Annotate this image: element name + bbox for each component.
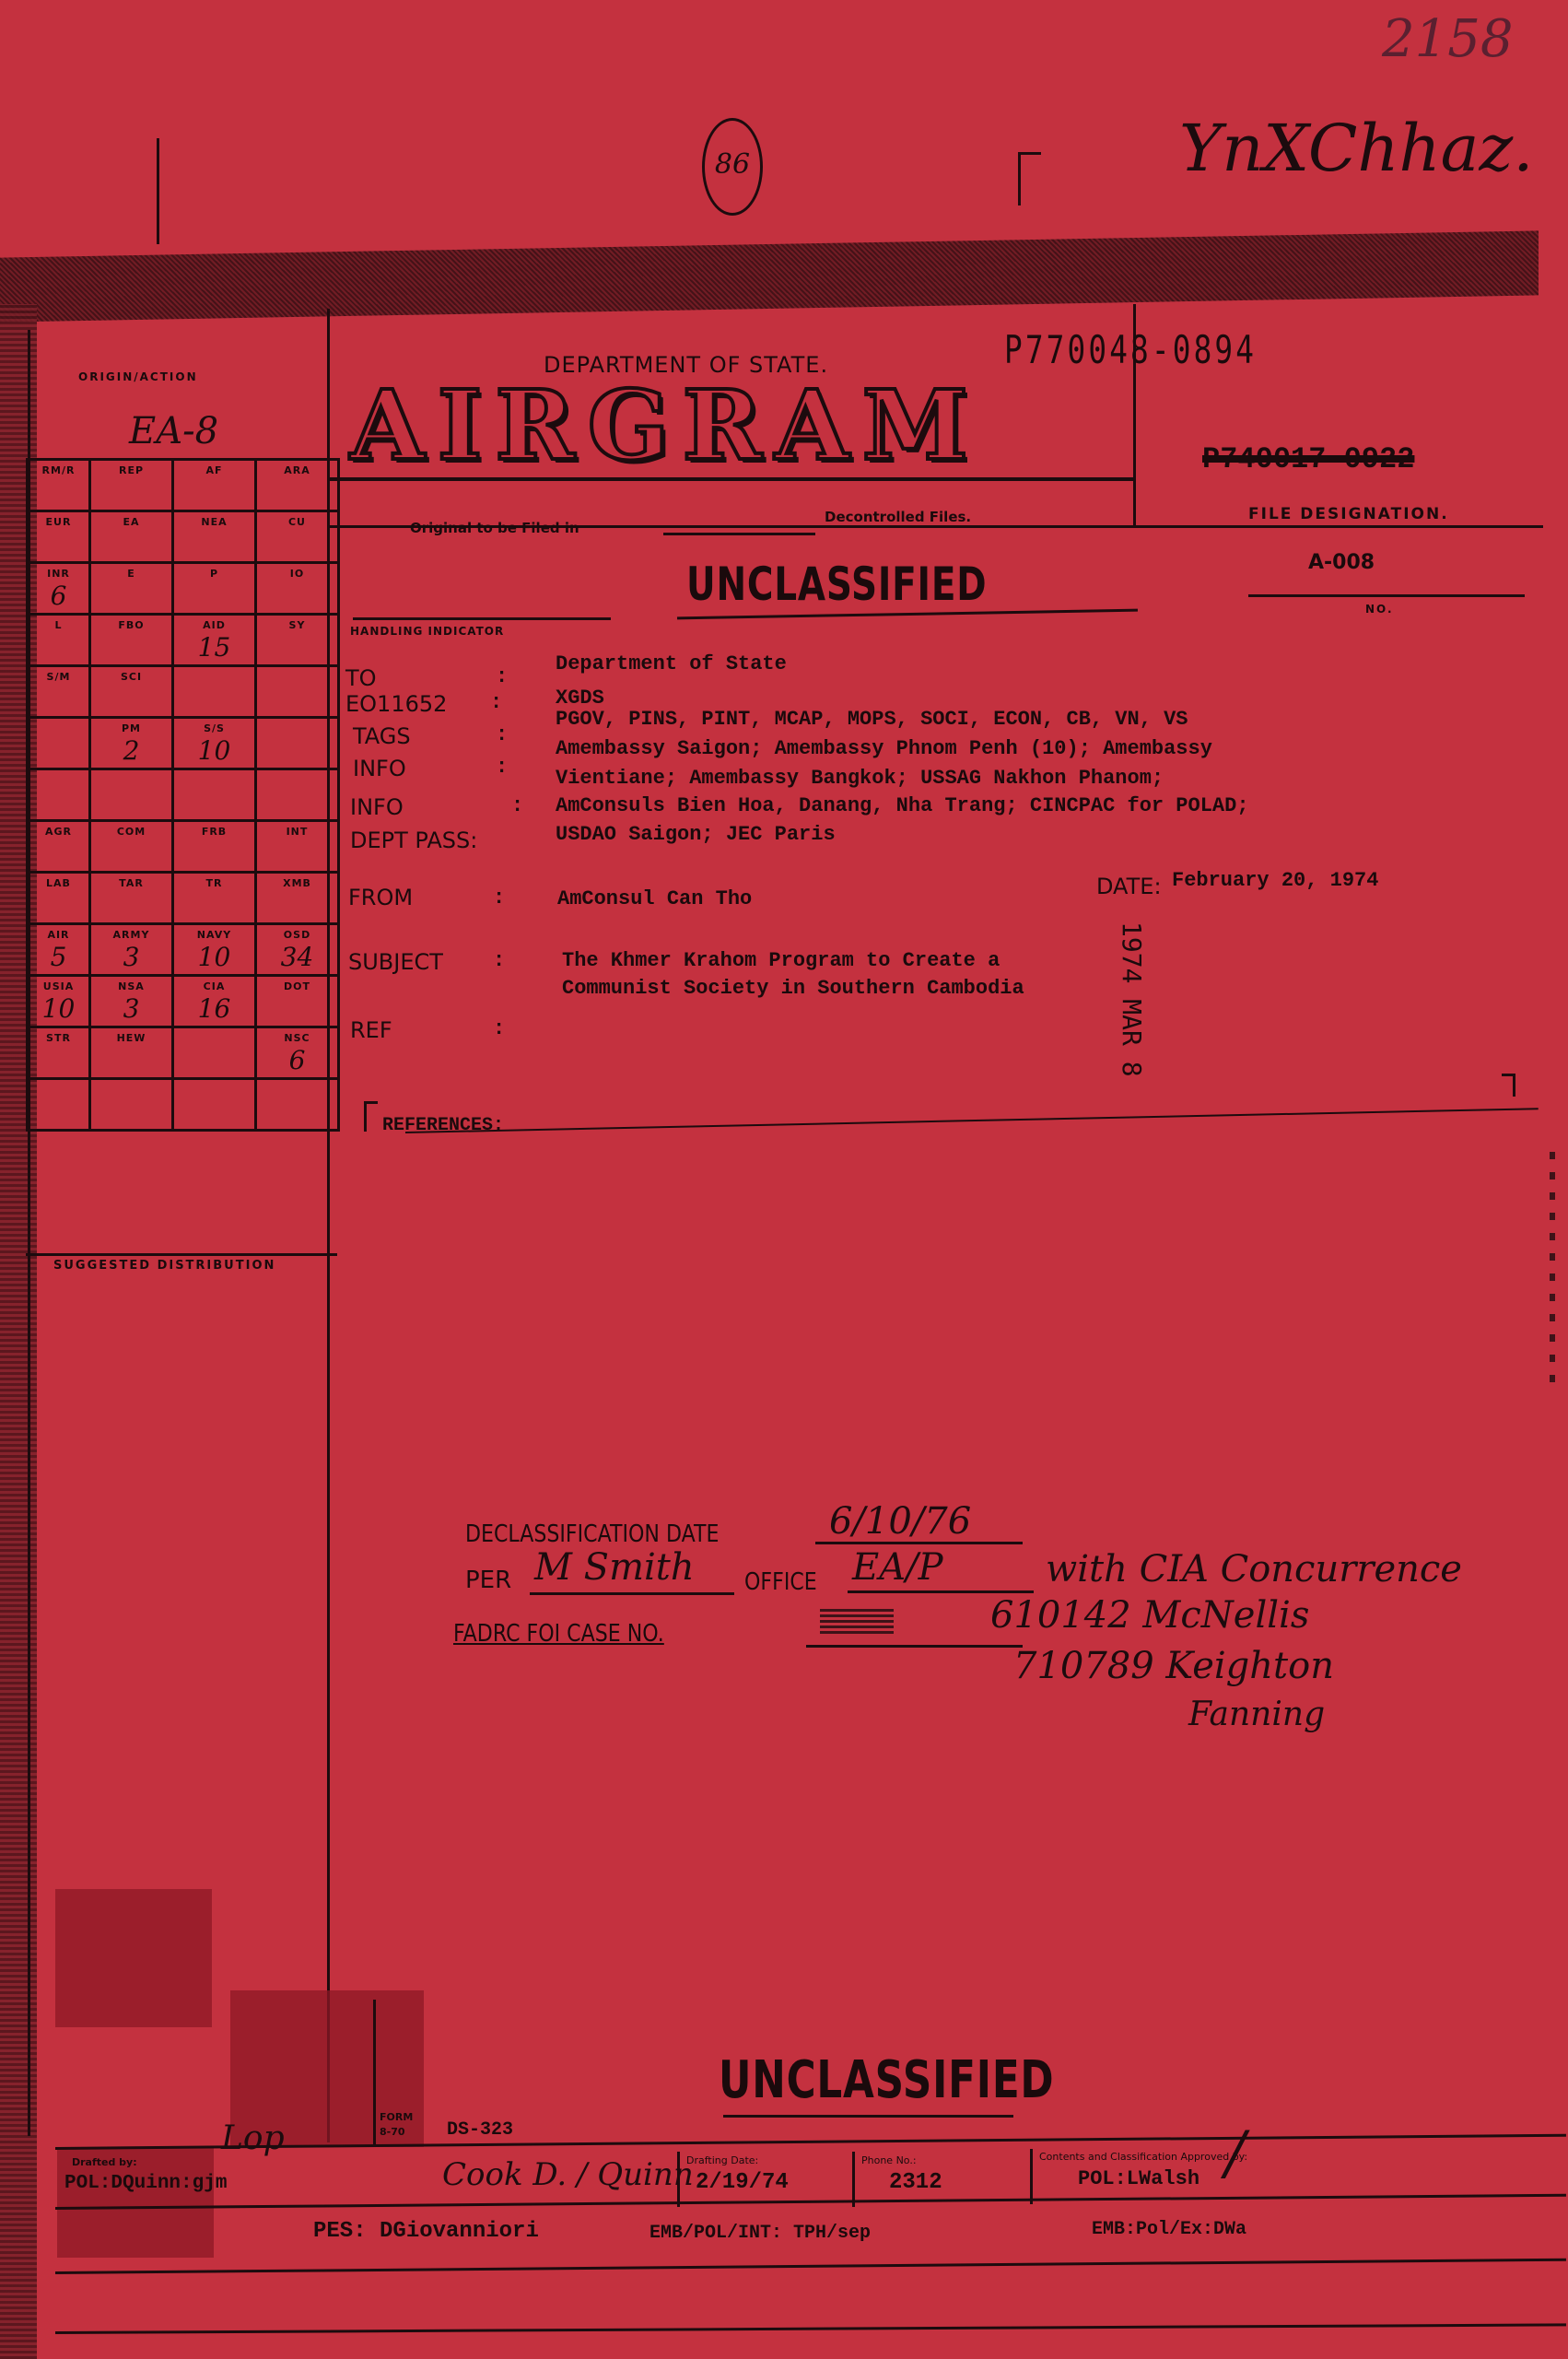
routing-cell: ARMY3: [91, 925, 174, 977]
routing-cell-label: S/M: [29, 671, 88, 683]
routing-cell-count: 10: [174, 735, 254, 766]
bottom-stamp-underline: [723, 2115, 1013, 2118]
routing-cell: CIA16: [174, 977, 257, 1028]
routing-cell-label: CIA: [174, 980, 254, 992]
routing-cell: [29, 719, 91, 770]
routing-cell-label: FBO: [91, 619, 171, 631]
routing-cell-label: P: [174, 568, 254, 580]
routing-cell-count: 5: [29, 942, 88, 972]
routing-cell: PM2: [91, 719, 174, 770]
routing-cell: L: [29, 616, 91, 667]
footer-mid-rule: [55, 2194, 1566, 2210]
subject-label: SUBJECT: [348, 949, 443, 975]
case-underline: [806, 1645, 1023, 1648]
routing-cell-label: OSD: [257, 929, 337, 941]
routing-cell-label: REP: [91, 464, 171, 476]
routing-cell-label: PM: [91, 722, 171, 734]
case-label: FADRC FOI CASE NO.: [453, 1620, 664, 1648]
tags-value: PGOV, PINS, PINT, MCAP, MOPS, SOCI, ECON…: [556, 708, 1188, 731]
routing-cell-count: 2: [91, 735, 171, 766]
per-underline: [530, 1592, 734, 1595]
routing-cell-count: 3: [91, 993, 171, 1024]
per-label: PER: [465, 1567, 511, 1594]
routing-cell-label: ARA: [257, 464, 337, 476]
scan-dark-band: [0, 230, 1539, 322]
routing-cell-count: 16: [174, 993, 254, 1024]
corner-bracket: [1018, 152, 1041, 205]
ref-colon: :: [493, 1017, 505, 1040]
routing-cell: EUR: [29, 512, 91, 564]
routing-cell: [257, 719, 340, 770]
routing-cell-label: STR: [29, 1032, 88, 1044]
date-value: February 20, 1974: [1172, 869, 1378, 892]
routing-cell-label: NSC: [257, 1032, 337, 1044]
drafter-initials: Lop: [221, 2119, 285, 2157]
approved-value: POL:LWalsh: [1078, 2167, 1199, 2190]
office-value: EA/P: [852, 1546, 942, 1589]
circled-number: 86: [702, 118, 763, 216]
document-number: P770048-0894: [1004, 327, 1257, 372]
routing-cell: P: [174, 564, 257, 616]
routing-cell-count: 10: [174, 942, 254, 972]
routing-cell: NSA3: [91, 977, 174, 1028]
office-underline: [848, 1590, 1034, 1593]
circled-number-text: 86: [705, 148, 760, 181]
routing-cell-count: 6: [257, 1045, 337, 1075]
struck-file-number: P740017-0922: [1202, 442, 1414, 476]
routing-grid: RM/RREPAFARAEUREANEACUINR6EPIOLFBOAID15S…: [26, 458, 340, 1132]
routing-cell: LAB: [29, 874, 91, 925]
routing-cell-label: HEW: [91, 1032, 171, 1044]
routing-cell: SY: [257, 616, 340, 667]
dept-pass-label: DEPT PASS:: [350, 827, 477, 853]
routing-cell-label: ARMY: [91, 929, 171, 941]
frame-divider-bottom: [373, 2000, 376, 2147]
routing-cell-label: L: [29, 619, 88, 631]
routing-cell-label: AGR: [29, 826, 88, 838]
redacted-case-number: [820, 1608, 894, 1634]
approved-label: Contents and Classification Approved by:: [1039, 2151, 1247, 2163]
routing-cell: [257, 1080, 340, 1132]
routing-cell: AF: [174, 461, 257, 512]
footer-col-divider-3: [1030, 2149, 1033, 2204]
info2-label: INFO: [350, 794, 404, 820]
routing-cell-label: EA: [91, 516, 171, 528]
routing-cell: TAR: [91, 874, 174, 925]
info1-label: INFO: [353, 756, 406, 781]
case-line2: 710789 Keighton: [1013, 1645, 1334, 1687]
routing-cell: S/S10: [174, 719, 257, 770]
routing-cell-label: EUR: [29, 516, 88, 528]
info1-line2: Vientiane; Amembassy Bangkok; USSAG Nakh…: [556, 767, 1164, 790]
routing-cell-label: SY: [257, 619, 337, 631]
routing-cell-label: COM: [91, 826, 171, 838]
eo-label: EO11652: [345, 691, 447, 717]
routing-cell: SCI: [91, 667, 174, 719]
routing-cell-label: INR: [29, 568, 88, 580]
case-line3: Fanning: [1188, 1696, 1325, 1733]
declass-date-underline: [815, 1542, 1023, 1544]
routing-cell-label: NEA: [174, 516, 254, 528]
references-bracket-left: [364, 1101, 378, 1132]
drafting-date-label: Drafting Date:: [686, 2154, 758, 2166]
tags-label: TAGS: [353, 723, 411, 749]
airgram-number: A-008: [1308, 551, 1375, 574]
subject-line1: The Khmer Krahom Program to Create a: [562, 949, 1000, 972]
routing-cell: EA: [91, 512, 174, 564]
footer-col-divider-2: [852, 2152, 855, 2207]
phone-label: Phone No.:: [861, 2154, 917, 2166]
number-underline: [1248, 594, 1525, 597]
info2-value: AmConsuls Bien Hoa, Danang, Nha Trang; C…: [556, 794, 1249, 817]
airgram-title: AIRGRAM: [350, 369, 981, 482]
declass-date-value: 6/10/76: [829, 1500, 971, 1543]
drafting-date-value: 2/19/74: [696, 2170, 789, 2195]
references-label: REFERENCES:: [382, 1115, 504, 1136]
number-label: NO.: [1365, 603, 1394, 616]
routing-cell-label: DOT: [257, 980, 337, 992]
references-bracket-right: [1502, 1074, 1515, 1097]
approver-checkmark: /: [1225, 2119, 1246, 2188]
dept-pass-value: USDAO Saigon; JEC Paris: [556, 823, 836, 846]
routing-cell: REP: [91, 461, 174, 512]
classification-stamp-top: UNCLASSIFIED: [686, 557, 987, 611]
routing-cell: AGR: [29, 822, 91, 874]
received-stamp: 1974 MAR 8: [1117, 921, 1147, 1077]
tags-colon: :: [496, 723, 508, 746]
routing-cell: ARA: [257, 461, 340, 512]
routing-cell-label: TAR: [91, 877, 171, 889]
filed-in-blank: [663, 533, 815, 535]
ref-label: REF: [350, 1017, 392, 1043]
routing-cell: TR: [174, 874, 257, 925]
concurrence-note: with CIA Concurrence: [1046, 1548, 1462, 1590]
routing-cell: INT: [257, 822, 340, 874]
routing-cell: [257, 770, 340, 822]
clearance-1: PES: DGiovanniori: [313, 2219, 539, 2244]
edge-artifact: [1550, 1143, 1555, 1382]
routing-cell: NSC6: [257, 1028, 340, 1080]
subject-colon: :: [493, 949, 505, 972]
routing-cell-count: 15: [174, 632, 254, 663]
routing-cell: NEA: [174, 512, 257, 564]
footer-last-rule: [55, 2323, 1566, 2334]
routing-cell: [29, 1080, 91, 1132]
routing-cell-label: AIR: [29, 929, 88, 941]
info1-line1: Amembassy Saigon; Amembassy Phnom Penh (…: [556, 737, 1212, 760]
phone-value: 2312: [889, 2170, 942, 2195]
routing-cell: XMB: [257, 874, 340, 925]
routing-cell-label: S/S: [174, 722, 254, 734]
routing-cell: [29, 770, 91, 822]
routing-cell-label: IO: [257, 568, 337, 580]
suggested-distribution-label: SUGGESTED DISTRIBUTION: [53, 1259, 275, 1273]
clearance-signature: Cook D. / Quinn: [442, 2156, 694, 2193]
routing-cell: STR: [29, 1028, 91, 1080]
routing-cell: [174, 1080, 257, 1132]
routing-cell-label: AID: [174, 619, 254, 631]
to-label: TO: [345, 665, 377, 691]
handling-indicator-label: HANDLING INDICATOR: [350, 625, 504, 638]
margin-tick: [157, 138, 159, 244]
page-number-annotation: 2158: [1382, 9, 1514, 69]
classification-stamp-bottom: UNCLASSIFIED: [719, 2050, 1054, 2110]
routing-cell: FBO: [91, 616, 174, 667]
routing-cell: [257, 667, 340, 719]
routing-cell: [91, 1080, 174, 1132]
routing-cell-label: FRB: [174, 826, 254, 838]
to-colon: :: [496, 665, 508, 688]
routing-cell: HEW: [91, 1028, 174, 1080]
routing-cell: AID15: [174, 616, 257, 667]
routing-cell-label: NSA: [91, 980, 171, 992]
routing-cell: S/M: [29, 667, 91, 719]
routing-cell-label: E: [91, 568, 171, 580]
case-line1: 610142 McNellis: [990, 1594, 1309, 1637]
routing-cell: INR6: [29, 564, 91, 616]
routing-cell-label: NAVY: [174, 929, 254, 941]
routing-cell: [174, 770, 257, 822]
form-number: DS-323: [447, 2119, 513, 2141]
declass-date-label: DECLASSIFICATION DATE: [465, 1520, 719, 1548]
footer-col-divider-1: [677, 2152, 680, 2207]
date-label: DATE:: [1096, 874, 1162, 899]
from-label: FROM: [348, 885, 413, 910]
footer-bottom-rule: [55, 2259, 1566, 2274]
routing-cell: CU: [257, 512, 340, 564]
routing-cell: DOT: [257, 977, 340, 1028]
info2-colon: :: [511, 794, 523, 817]
office-label: OFFICE: [744, 1568, 817, 1596]
form-label: FORM 8-70: [380, 2110, 416, 2140]
routing-cell-label: XMB: [257, 877, 337, 889]
routing-cell: OSD34: [257, 925, 340, 977]
from-value: AmConsul Can Tho: [557, 887, 752, 910]
clearance-2: EMB/POL/INT: TPH/sep: [649, 2223, 871, 2244]
per-value: M Smith: [534, 1546, 695, 1589]
routing-cell: [174, 667, 257, 719]
to-value: Department of State: [556, 652, 787, 675]
routing-cell-label: SCI: [91, 671, 171, 683]
references-rule: [405, 1108, 1539, 1133]
clearance-3: EMB:Pol/Ex:DWa: [1092, 2219, 1246, 2240]
routing-cell-label: INT: [257, 826, 337, 838]
eo-value: XGDS: [556, 687, 604, 710]
routing-cell: RM/R: [29, 461, 91, 512]
routing-cell-label: LAB: [29, 877, 88, 889]
drafted-by-value: POL:DQuinn:gjm: [64, 2173, 227, 2194]
routing-cell-label: TR: [174, 877, 254, 889]
original-filed-suffix: Decontrolled Files.: [825, 509, 971, 525]
from-colon: :: [493, 886, 505, 910]
routing-cell-count: 34: [257, 942, 337, 972]
routing-cell-count: 10: [29, 993, 88, 1024]
routing-cell: [91, 770, 174, 822]
routing-cell: COM: [91, 822, 174, 874]
info1-colon: :: [496, 756, 508, 779]
routing-cell-count: 6: [29, 581, 88, 611]
file-designation-label: FILE DESIGNATION.: [1248, 505, 1449, 523]
routing-cell: IO: [257, 564, 340, 616]
routing-cell: NAVY10: [174, 925, 257, 977]
drafted-by-label: Drafted by:: [72, 2156, 137, 2168]
distribution-divider: [26, 1253, 337, 1256]
routing-cell: USIA10: [29, 977, 91, 1028]
original-filed-prefix: Original to be Filed in: [410, 520, 579, 536]
routing-cell-count: 3: [91, 942, 171, 972]
routing-cell: FRB: [174, 822, 257, 874]
origin-action-value: EA-8: [129, 410, 218, 452]
origin-action-label: ORIGIN/ACTION: [78, 370, 198, 383]
routing-cell: E: [91, 564, 174, 616]
routing-cell-label: CU: [257, 516, 337, 528]
top-signature: YnXChhaz.: [1179, 111, 1534, 186]
subject-line2: Communist Society in Southern Cambodia: [562, 977, 1024, 1000]
routing-cell-label: AF: [174, 464, 254, 476]
routing-cell: AIR5: [29, 925, 91, 977]
handling-underline: [353, 617, 611, 620]
tape-patch: [55, 1889, 212, 2027]
routing-cell-label: RM/R: [29, 464, 88, 476]
routing-cell: [174, 1028, 257, 1080]
routing-cell-label: USIA: [29, 980, 88, 992]
eo-colon: :: [490, 691, 502, 714]
